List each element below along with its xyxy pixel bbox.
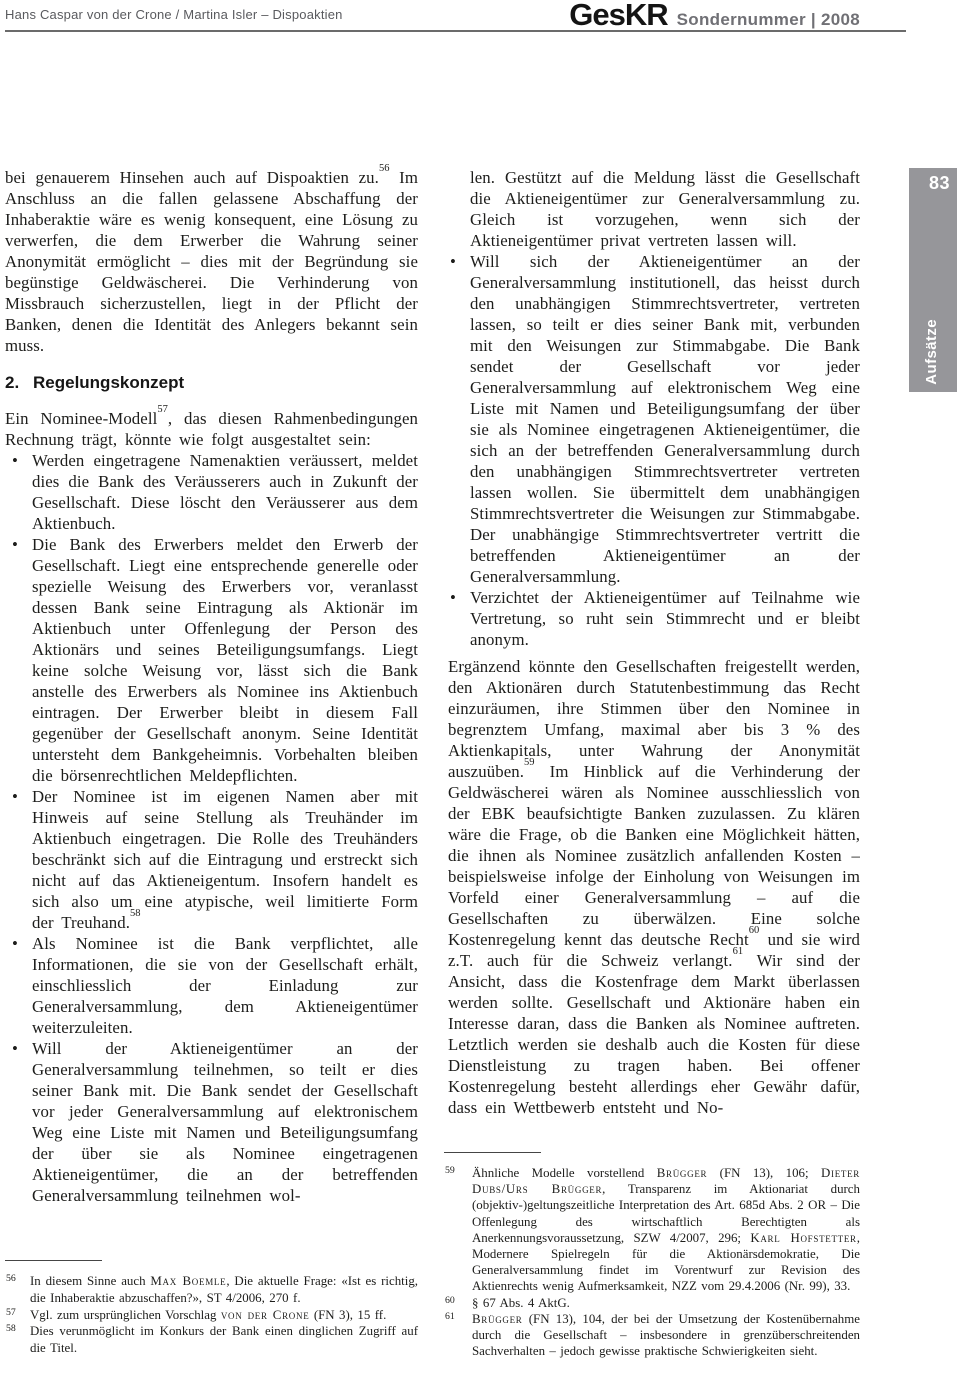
footnotes-right: 59Ähnliche Modelle vorstellend Brügger (… <box>444 1152 860 1359</box>
author-name: Brügger <box>657 1166 708 1180</box>
list-item: Der Nominee ist im eigenen Namen aber mi… <box>5 786 418 933</box>
list-item: Die Bank des Erwerbers meldet den Erwerb… <box>5 534 418 786</box>
paragraph-continuation-top: bei genauerem Hinsehen auch auf Dispoakt… <box>5 167 418 356</box>
journal-logo-text: GesKR <box>569 0 667 30</box>
list-item: Will der Aktieneigentümer an der General… <box>5 1038 418 1206</box>
author-name: Karl Hofstetter <box>750 1231 856 1245</box>
footnote-separator <box>5 1260 102 1261</box>
section-heading-text: Regelungskonzept <box>33 373 184 393</box>
footnote-ref-59: 59 <box>524 757 535 768</box>
footnote-number: 57 <box>6 1305 16 1322</box>
journal-issue-label: Sondernummer | 2008 <box>677 10 860 30</box>
author-name: Max Boemle <box>150 1274 226 1288</box>
list-item: Als Nominee ist die Bank verpflichtet, a… <box>5 933 418 1038</box>
footnote-number: 58 <box>6 1321 16 1338</box>
footnote-number: 61 <box>445 1309 455 1325</box>
footnote-number: 59 <box>445 1163 455 1179</box>
footnote-ref-61: 61 <box>733 946 744 957</box>
footnote-ref-57: 57 <box>157 404 168 415</box>
author-name: Brügger <box>472 1312 523 1326</box>
author-name: von der Crone <box>221 1308 310 1322</box>
section-heading-number: 2. <box>5 373 33 393</box>
footnote-58: 58Dies verunmöglicht im Konkurs der Bank… <box>5 1323 418 1357</box>
footnote-ref-58: 58 <box>130 908 141 919</box>
footnote-60: 60§ 67 Abs. 4 AktG. <box>444 1295 860 1311</box>
bullet-list-left: Werden eingetragene Namenaktien veräusse… <box>5 450 418 1206</box>
running-head: Hans Caspar von der Crone / Martina Isle… <box>5 7 343 22</box>
footnote-59: 59Ähnliche Modelle vorstellend Brügger (… <box>444 1165 860 1295</box>
footnote-57: 57Vgl. zum ursprünglichen Vorschlag von … <box>5 1307 418 1324</box>
header-rule <box>5 30 906 32</box>
footnote-number: 60 <box>445 1293 455 1309</box>
footnote-61: 61Brügger (FN 13), 104, der bei der Umse… <box>444 1311 860 1360</box>
list-item: Will sich der Aktieneigentümer an der Ge… <box>448 251 860 587</box>
section-heading: 2. Regelungskonzept <box>5 373 418 393</box>
footnote-56: 56In diesem Sinne auch Max Boemle, Die a… <box>5 1273 418 1307</box>
bullet-list-right: Will sich der Aktieneigentümer an der Ge… <box>448 251 860 650</box>
section-tab-label: Aufsätze <box>923 319 940 385</box>
column-left: bei genauerem Hinsehen auch auf Dispoakt… <box>5 167 418 1206</box>
footnote-number: 56 <box>6 1271 16 1288</box>
section-tab: 83 Aufsätze <box>909 168 957 392</box>
footnotes-left: 56In diesem Sinne auch Max Boemle, Die a… <box>5 1260 418 1357</box>
footnote-separator <box>444 1152 541 1153</box>
footnote-ref-60: 60 <box>749 925 760 936</box>
journal-logo: GesKR Sondernummer | 2008 <box>569 0 860 30</box>
paragraph-main: Ergänzend könnte den Gesellschaften frei… <box>448 656 860 1118</box>
paragraph-continuation: len. Gestützt auf die Meldung lässt die … <box>448 167 860 251</box>
list-item: Werden eingetragene Namenaktien veräusse… <box>5 450 418 534</box>
list-item: Verzichtet der Aktieneigentümer auf Teil… <box>448 587 860 650</box>
paragraph-intro: Ein Nominee-Modell57, das diesen Rahmenb… <box>5 408 418 450</box>
column-right: len. Gestützt auf die Meldung lässt die … <box>448 167 860 1118</box>
page-number: 83 <box>929 173 950 194</box>
footnote-ref-56: 56 <box>379 163 390 174</box>
